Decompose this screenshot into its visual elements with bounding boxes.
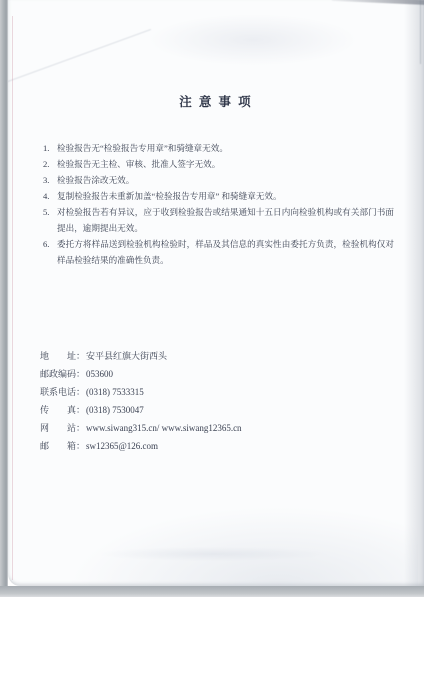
scan-smudge <box>148 14 358 66</box>
contact-label: 邮政编码： <box>40 365 86 383</box>
scan-edge-left <box>0 0 8 597</box>
page-edge-line <box>420 0 421 64</box>
notice-text: 委托方将样品送到检验机构检验时，样品及其信息的真实性由委托方负责，检验机构仅对样… <box>57 236 394 268</box>
scan-shadow-streak <box>332 0 424 5</box>
contact-value: 安平县红旗大街西头 <box>86 347 167 365</box>
notice-list: 1. 检验报告无“检验报告专用章”和骑缝章无效。 2. 检验报告无主检、审核、批… <box>43 140 394 268</box>
notice-item: 5. 对检验报告若有异议，应于收到检验报告或结果通知十五日内向检验机构或有关部门… <box>43 204 394 236</box>
scanned-document: 注 意 事 项 1. 检验报告无“检验报告专用章”和骑缝章无效。 2. 检验报告… <box>0 0 424 700</box>
notice-number: 1. <box>43 140 57 156</box>
contact-label: 邮 箱： <box>40 437 86 455</box>
contact-label: 联系电话： <box>40 383 86 401</box>
notice-text: 复制检验报告未重新加盖“检验报告专用章” 和骑缝章无效。 <box>57 188 394 204</box>
notice-number: 5. <box>43 204 57 236</box>
scan-bottom-wash <box>68 506 418 586</box>
contact-block: 地 址： 安平县红旗大街西头 邮政编码： 053600 联系电话： (0318)… <box>40 347 400 455</box>
notice-number: 3. <box>43 172 57 188</box>
contact-row-address: 地 址： 安平县红旗大街西头 <box>40 347 400 365</box>
scan-area: 注 意 事 项 1. 检验报告无“检验报告专用章”和骑缝章无效。 2. 检验报告… <box>0 0 424 597</box>
contact-row-fax: 传 真： (0318) 7530047 <box>40 401 400 419</box>
scan-edge-bottom <box>0 586 424 597</box>
notice-item: 2. 检验报告无主检、审核、批准人签字无效。 <box>43 156 394 172</box>
notice-text: 检验报告无“检验报告专用章”和骑缝章无效。 <box>57 140 394 156</box>
contact-value: sw12365@126.com <box>86 437 158 455</box>
paper-page: 注 意 事 项 1. 检验报告无“检验报告专用章”和骑缝章无效。 2. 检验报告… <box>8 0 424 586</box>
notice-item: 3. 检验报告涂改无效。 <box>43 172 394 188</box>
scan-tide-mark <box>88 546 338 562</box>
contact-row-postcode: 邮政编码： 053600 <box>40 365 400 383</box>
contact-label: 地 址： <box>40 347 86 365</box>
scan-crease <box>8 29 151 88</box>
notice-number: 4. <box>43 188 57 204</box>
notice-item: 6. 委托方将样品送到检验机构检验时，样品及其信息的真实性由委托方负责，检验机构… <box>43 236 394 268</box>
contact-label: 传 真： <box>40 401 86 419</box>
contact-row-phone: 联系电话： (0318) 7533315 <box>40 383 400 401</box>
page-title: 注 意 事 项 <box>8 92 424 110</box>
page-edge-shadow <box>404 0 424 586</box>
notice-text: 检验报告无主检、审核、批准人签字无效。 <box>57 156 394 172</box>
contact-value: (0318) 7530047 <box>86 401 144 419</box>
notice-item: 1. 检验报告无“检验报告专用章”和骑缝章无效。 <box>43 140 394 156</box>
contact-row-website: 网 站： www.siwang315.cn/ www.siwang12365.c… <box>40 419 400 437</box>
notice-item: 4. 复制检验报告未重新加盖“检验报告专用章” 和骑缝章无效。 <box>43 188 394 204</box>
notice-text: 检验报告涂改无效。 <box>57 172 394 188</box>
contact-value: (0318) 7533315 <box>86 383 144 401</box>
notice-number: 2. <box>43 156 57 172</box>
notice-text: 对检验报告若有异议，应于收到检验报告或结果通知十五日内向检验机构或有关部门书面提… <box>57 204 394 236</box>
contact-label: 网 站： <box>40 419 86 437</box>
notice-number: 6. <box>43 236 57 268</box>
contact-value: 053600 <box>86 365 113 383</box>
contact-row-email: 邮 箱： sw12365@126.com <box>40 437 400 455</box>
contact-value: www.siwang315.cn/ www.siwang12365.cn <box>86 419 242 437</box>
